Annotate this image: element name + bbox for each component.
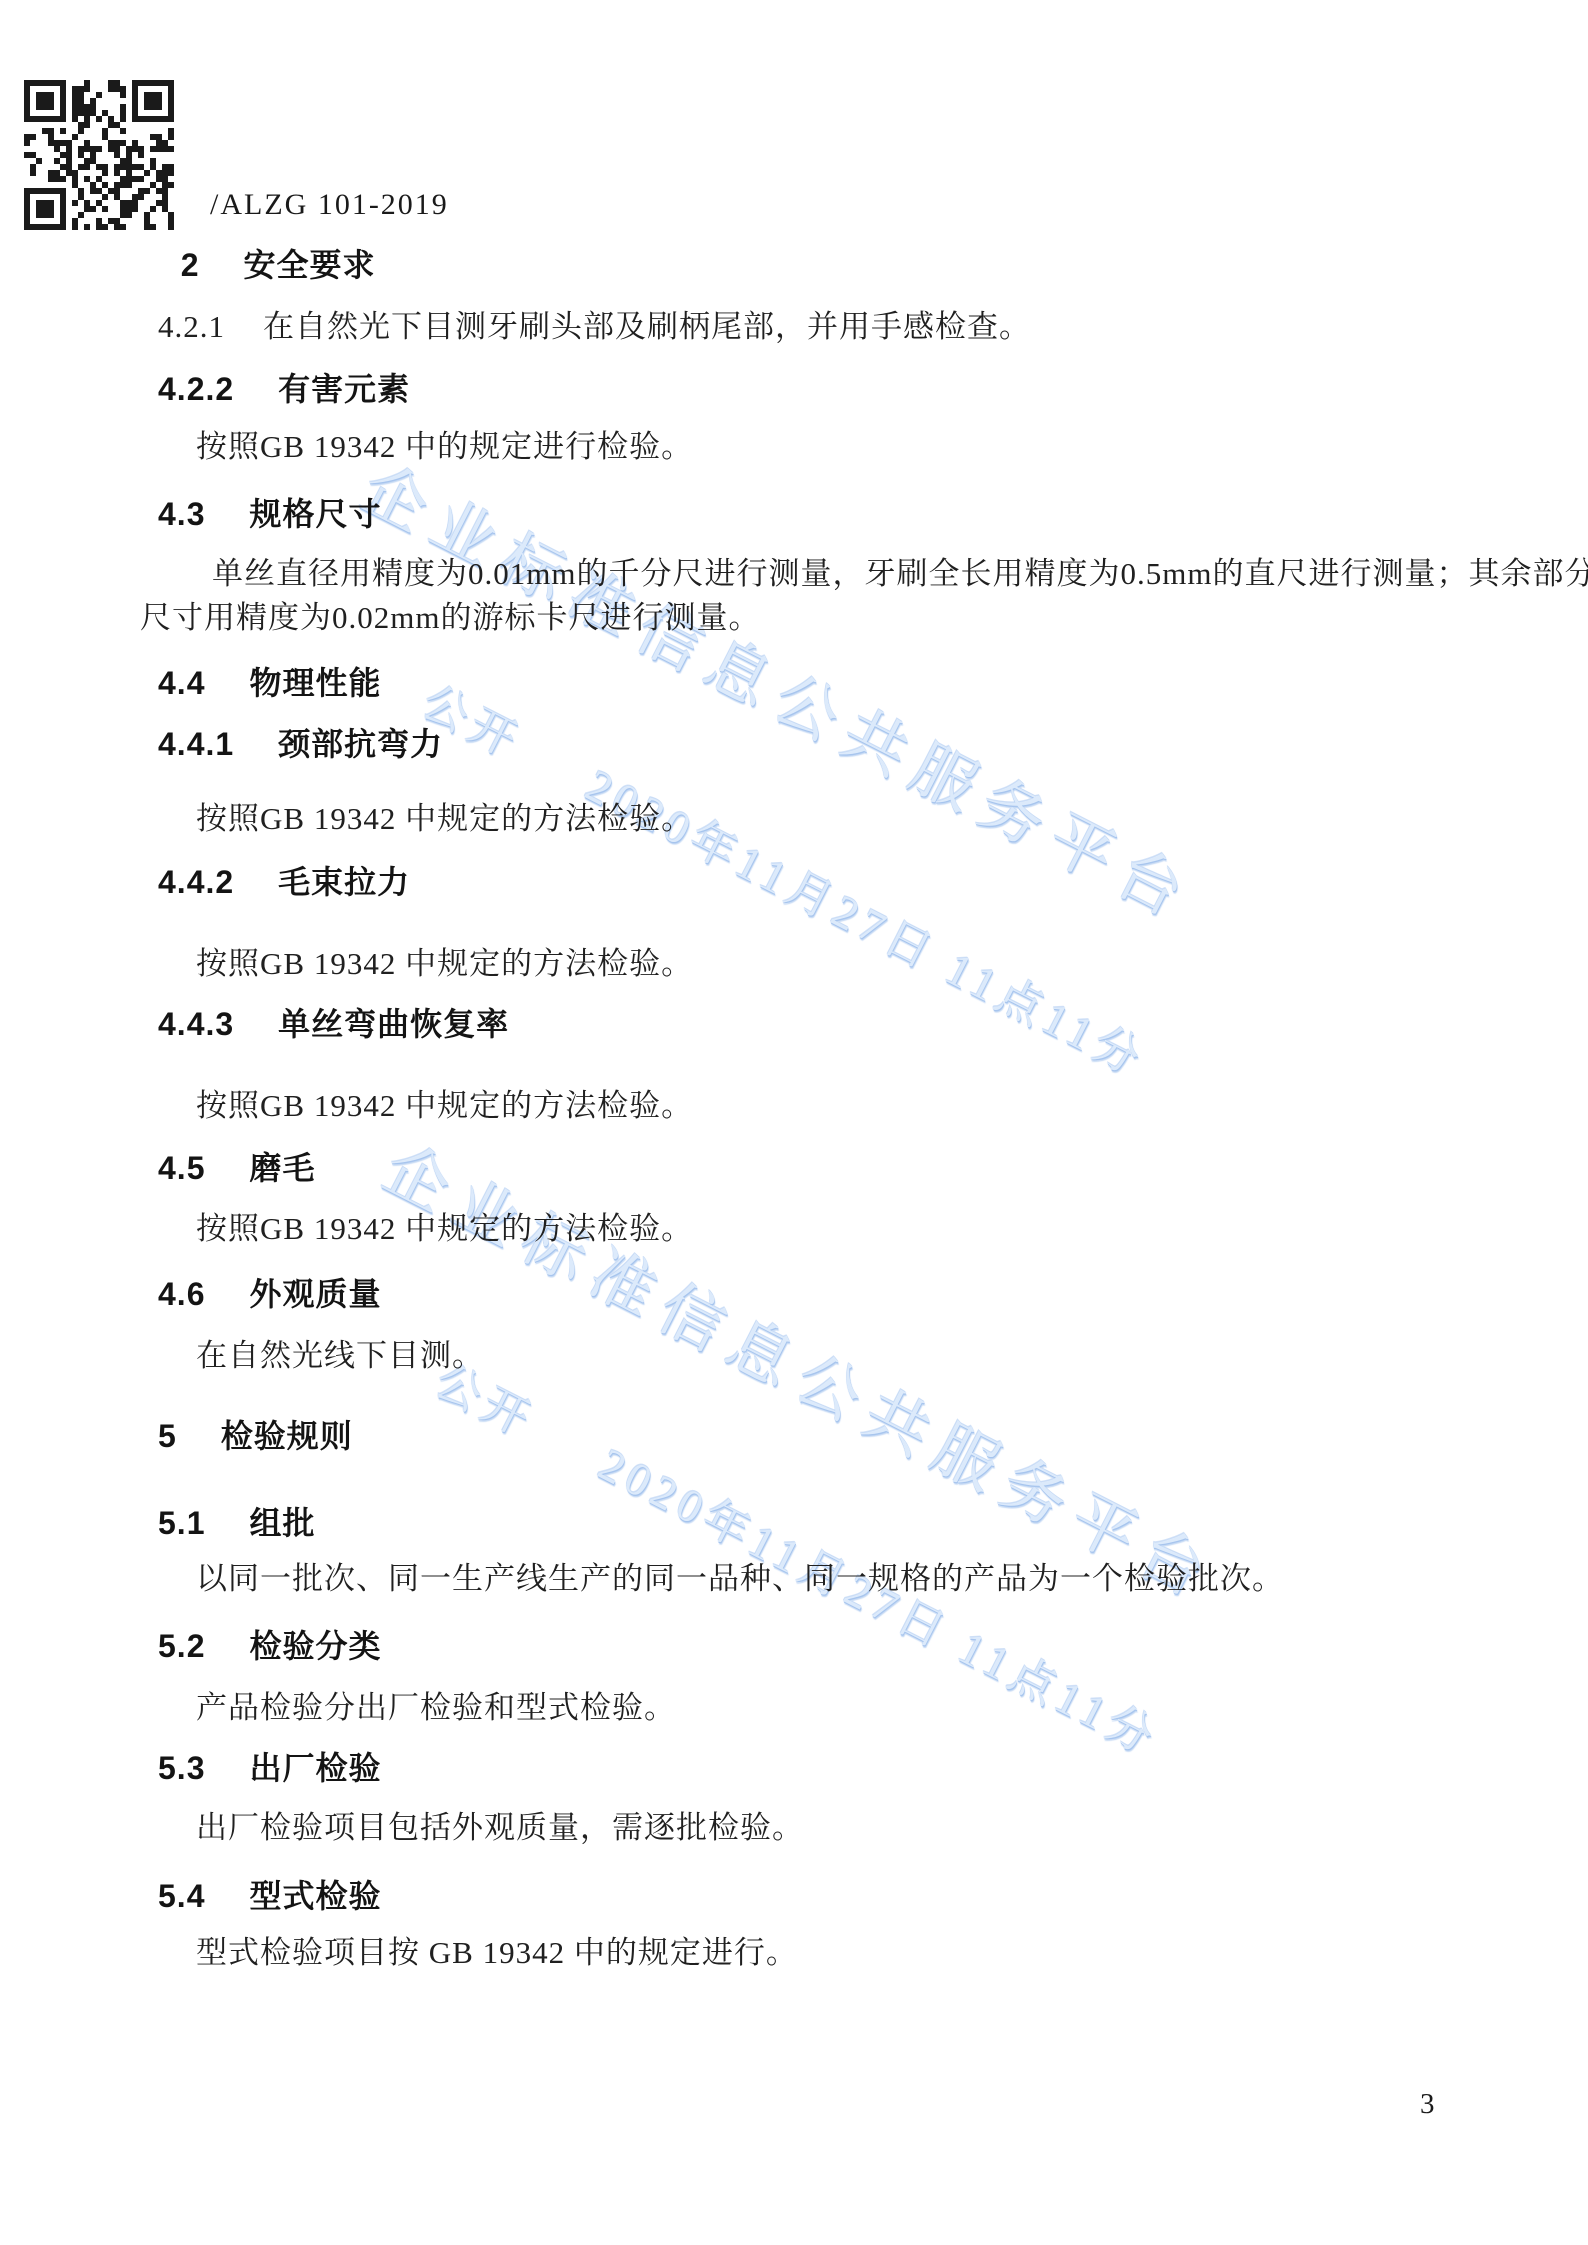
paragraph-text: 在自然光线下目测。 <box>196 1339 484 1373</box>
section-title: 型式检验 <box>249 1879 381 1913</box>
paragraph-line: 尺寸用精度为0.02mm的游标卡尺进行测量。 <box>140 601 760 635</box>
section-number: 5 <box>158 1419 177 1453</box>
watermark-spacer <box>524 1439 595 1475</box>
section-title: 出厂检验 <box>249 1751 381 1785</box>
section-title: 规格尺寸 <box>249 497 381 531</box>
qr-code-image <box>24 80 174 230</box>
section-number: 4.6 <box>158 1277 205 1311</box>
paragraph: 型式检验项目按 GB 19342 中的规定进行。 <box>196 1936 798 1970</box>
paragraph: 按照GB 19342 中规定的方法检验。 <box>196 947 693 981</box>
section-title: 检验规则 <box>221 1419 353 1453</box>
section-number: 5.4 <box>158 1879 205 1913</box>
section-heading-5-1: 5.1 组批 <box>158 1506 316 1540</box>
section-title: 单丝弯曲恢复率 <box>278 1007 509 1041</box>
paragraph: 在自然光线下目测。 <box>196 1339 484 1373</box>
section-number: 5.3 <box>158 1751 205 1785</box>
section-heading-5: 5 检验规则 <box>158 1419 353 1453</box>
clause-4-2-1: 4.2.1 在自然光下目测牙刷头部及刷柄尾部，并用手感检查。 <box>158 310 1031 344</box>
qr-code <box>14 64 178 306</box>
section-number: 4.4.1 <box>158 727 234 761</box>
section-title: 磨毛 <box>249 1151 315 1185</box>
section-heading-5-2: 5.2 检验分类 <box>158 1629 382 1663</box>
paragraph: 按照GB 19342 中规定的方法检验。 <box>196 802 693 836</box>
section-title: 有害元素 <box>278 372 410 406</box>
section-number: 5.2 <box>158 1629 205 1663</box>
section-title: 物理性能 <box>249 666 381 700</box>
section-heading-4-4-2: 4.4.2 毛束拉力 <box>158 865 410 899</box>
section-heading-5-3: 5.3 出厂检验 <box>158 1751 382 1785</box>
paragraph-text: 型式检验项目按 GB 19342 中的规定进行。 <box>196 1936 798 1970</box>
section-number: 4.3 <box>158 497 205 531</box>
section-title: 颈部抗弯力 <box>278 727 443 761</box>
paragraph-text: 按照GB 19342 中规定的方法检验。 <box>196 802 693 836</box>
section-heading-5-4: 5.4 型式检验 <box>158 1879 382 1913</box>
section-title: 检验分类 <box>249 1629 381 1663</box>
paragraph-text: 按照GB 19342 中规定的方法检验。 <box>196 947 693 981</box>
page-number: 3 <box>1420 2088 1435 2121</box>
paragraph-line: 单丝直径用精度为0.01mm的千分尺进行测量，牙刷全长用精度为0.5mm的直尺进… <box>212 557 1588 591</box>
section-title: 外观质量 <box>249 1277 381 1311</box>
section-title: 毛束拉力 <box>278 865 410 899</box>
paragraph-text: 产品检验分出厂检验和型式检验。 <box>196 1691 676 1725</box>
paragraph: 按照GB 19342 中规定的方法检验。 <box>196 1089 693 1123</box>
paragraph-text: 按照GB 19342 中的规定进行检验。 <box>196 430 693 464</box>
clause-text: 在自然光下目测牙刷头部及刷柄尾部，并用手感检查。 <box>263 310 1031 344</box>
paragraph-text: 单丝直径用精度为0.01mm的千分尺进行测量，牙刷全长用精度为0.5mm的直尺进… <box>212 557 1588 591</box>
section-title: 安全要求 <box>243 248 375 282</box>
section-number: 4.5 <box>158 1151 205 1185</box>
paragraph: 产品检验分出厂检验和型式检验。 <box>196 1691 676 1725</box>
section-title: 组批 <box>249 1506 315 1540</box>
clause-number: 4.2.1 <box>158 310 225 344</box>
section-heading-4-3: 4.3 规格尺寸 <box>158 497 382 531</box>
section-heading-4-5: 4.5 磨毛 <box>158 1151 316 1185</box>
section-heading-4-2: 4.2 安全要求 <box>152 248 376 282</box>
paragraph-text: 尺寸用精度为0.02mm的游标卡尺进行测量。 <box>140 601 760 635</box>
paragraph: 按照GB 19342 中的规定进行检验。 <box>196 430 693 464</box>
section-heading-4-2-2: 4.2.2 有害元素 <box>158 372 410 406</box>
paragraph: 以同一批次、同一生产线生产的同一品种、同一规格的产品为一个检验批次。 <box>196 1562 1284 1596</box>
section-number: 4.2.2 <box>158 372 234 406</box>
section-heading-4-4: 4.4 物理性能 <box>158 666 382 700</box>
section-number: 4.4.3 <box>158 1007 234 1041</box>
section-number: 4.4.2 <box>158 865 234 899</box>
paragraph: 按照GB 19342 中规定的方法检验。 <box>196 1212 693 1246</box>
section-heading-4-4-3: 4.4.3 单丝弯曲恢复率 <box>158 1007 509 1041</box>
paragraph: 出厂检验项目包括外观质量，需逐批检验。 <box>196 1811 804 1845</box>
section-number: 4.4 <box>158 666 205 700</box>
paragraph-text: 以同一批次、同一生产线生产的同一品种、同一规格的产品为一个检验批次。 <box>196 1562 1284 1596</box>
paragraph-text: 出厂检验项目包括外观质量，需逐批检验。 <box>196 1811 804 1845</box>
standard-code: /ALZG 101-2019 <box>210 188 449 222</box>
section-number: 5.1 <box>158 1506 205 1540</box>
section-heading-4-6: 4.6 外观质量 <box>158 1277 382 1311</box>
paragraph-text: 按照GB 19342 中规定的方法检验。 <box>196 1212 693 1246</box>
document-page: { "page": { "page_number": "3" }, "heade… <box>0 0 1588 2245</box>
paragraph-text: 按照GB 19342 中规定的方法检验。 <box>196 1089 693 1123</box>
section-heading-4-4-1: 4.4.1 颈部抗弯力 <box>158 727 443 761</box>
watermark-spacer <box>511 760 582 796</box>
